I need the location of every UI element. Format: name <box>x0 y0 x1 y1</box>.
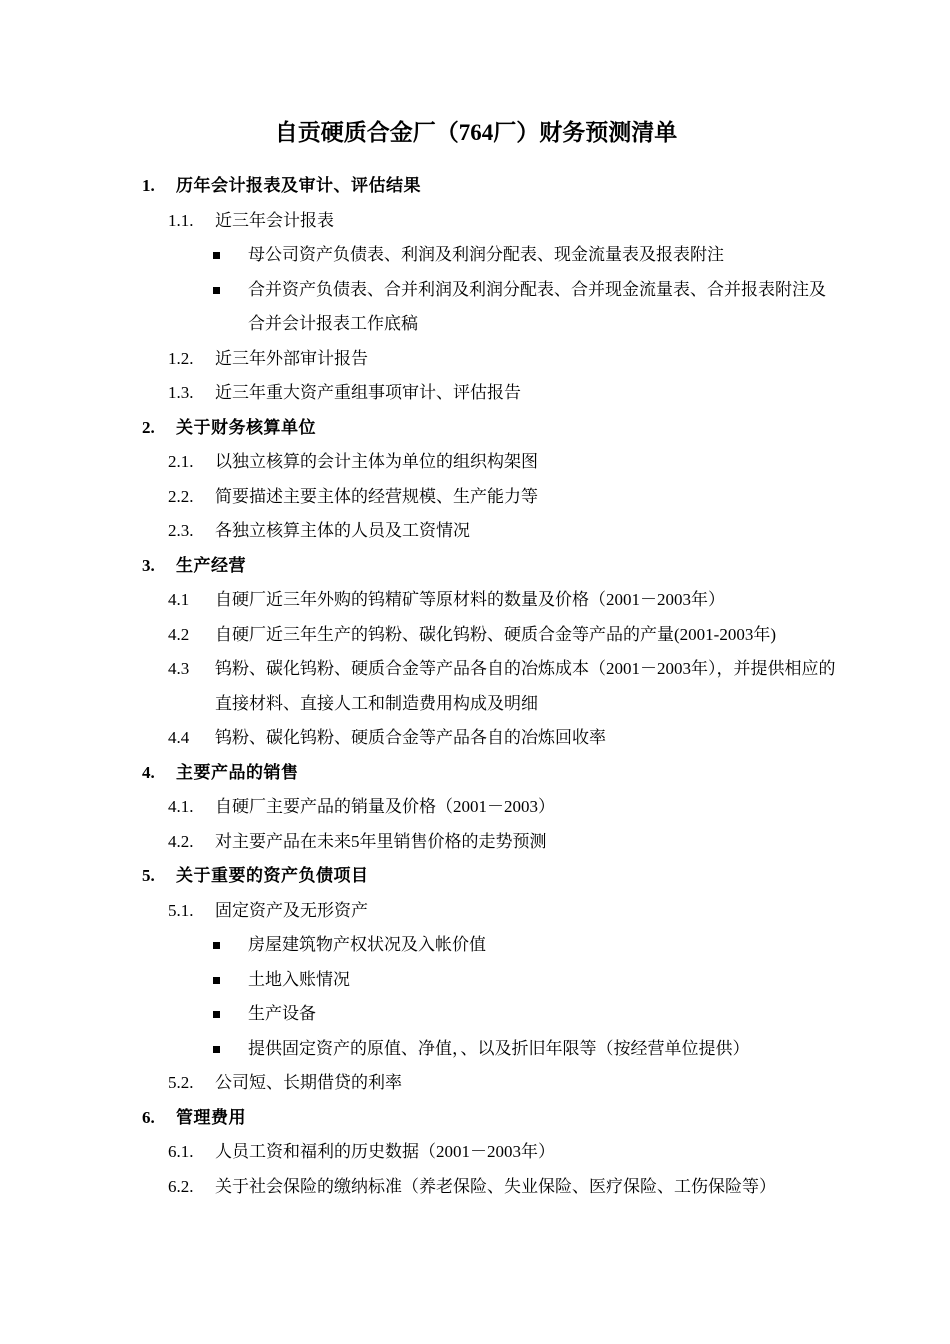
item-text: 简要描述主要主体的经营规模、生产能力等 <box>215 480 838 515</box>
item-number: 4.3 <box>168 652 215 687</box>
item-text: 对主要产品在未来5年里销售价格的走势预测 <box>215 825 838 860</box>
item-text: 关于社会保险的缴纳标准（养老保险、失业保险、医疗保险、工伤保险等） <box>215 1170 838 1205</box>
item-number: 2.2. <box>168 480 215 515</box>
section-heading-5: 5. 关于重要的资产负债项目 <box>142 859 838 894</box>
list-item: 1.1. 近三年会计报表 <box>142 204 838 239</box>
section-heading-1: 1. 历年会计报表及审计、评估结果 <box>142 169 838 204</box>
item-number: 6.2. <box>168 1170 215 1205</box>
list-item: 4.3 钨粉、碳化钨粉、硬质合金等产品各自的冶炼成本（2001－2003年），并… <box>142 652 838 721</box>
item-number: 5.1. <box>168 894 215 929</box>
section-title: 生产经营 <box>176 549 838 584</box>
item-number: 1.2. <box>168 342 215 377</box>
bullet-text: 房屋建筑物产权状况及入帐价值 <box>248 928 838 963</box>
section-heading-2: 2. 关于财务核算单位 <box>142 411 838 446</box>
list-item: 2.3. 各独立核算主体的人员及工资情况 <box>142 514 838 549</box>
bullet-square-icon <box>213 928 248 949</box>
list-item: 6.1. 人员工资和福利的历史数据（2001－2003年） <box>142 1135 838 1170</box>
item-text: 固定资产及无形资产 <box>215 894 838 929</box>
list-item: 1.2. 近三年外部审计报告 <box>142 342 838 377</box>
list-item: 4.2 自硬厂近三年生产的钨粉、碳化钨粉、硬质合金等产品的产量(2001-200… <box>142 618 838 653</box>
item-number: 5.2. <box>168 1066 215 1101</box>
section-title: 历年会计报表及审计、评估结果 <box>176 169 838 204</box>
section-title: 关于财务核算单位 <box>176 411 838 446</box>
item-number: 2.3. <box>168 514 215 549</box>
bullet-square-icon <box>213 1032 248 1053</box>
item-text: 钨粉、碳化钨粉、硬质合金等产品各自的冶炼回收率 <box>215 721 838 756</box>
list-item: 4.4 钨粉、碳化钨粉、硬质合金等产品各自的冶炼回收率 <box>142 721 838 756</box>
list-item: 4.2. 对主要产品在未来5年里销售价格的走势预测 <box>142 825 838 860</box>
item-text: 以独立核算的会计主体为单位的组织构架图 <box>215 445 838 480</box>
section-number: 6. <box>142 1101 176 1136</box>
bullet-square-icon <box>213 997 248 1018</box>
bullet-square-icon <box>213 963 248 984</box>
bullet-item: 提供固定资产的原值、净值，、以及折旧年限等（按经营单位提供） <box>142 1032 838 1067</box>
item-number: 1.1. <box>168 204 215 239</box>
item-number: 1.3. <box>168 376 215 411</box>
list-item: 5.2. 公司短、长期借贷的利率 <box>142 1066 838 1101</box>
section-heading-6: 6. 管理费用 <box>142 1101 838 1136</box>
list-item: 2.2. 简要描述主要主体的经营规模、生产能力等 <box>142 480 838 515</box>
list-item: 5.1. 固定资产及无形资产 <box>142 894 838 929</box>
section-number: 1. <box>142 169 176 204</box>
section-title: 关于重要的资产负债项目 <box>176 859 838 894</box>
item-text: 公司短、长期借贷的利率 <box>215 1066 838 1101</box>
item-text: 各独立核算主体的人员及工资情况 <box>215 514 838 549</box>
item-number: 4.4 <box>168 721 215 756</box>
section-number: 4. <box>142 756 176 791</box>
list-item: 2.1. 以独立核算的会计主体为单位的组织构架图 <box>142 445 838 480</box>
item-text: 近三年外部审计报告 <box>215 342 838 377</box>
item-number: 4.2. <box>168 825 215 860</box>
page-title: 自贡硬质合金厂（764厂）财务预测清单 <box>142 118 810 148</box>
section-heading-4: 4. 主要产品的销售 <box>142 756 838 791</box>
item-number: 6.1. <box>168 1135 215 1170</box>
document-page: 自贡硬质合金厂（764厂）财务预测清单 1. 历年会计报表及审计、评估结果 1.… <box>0 0 950 1344</box>
bullet-item: 合并资产负债表、合并利润及利润分配表、合并现金流量表、合并报表附注及合并会计报表… <box>142 273 838 342</box>
list-item: 6.2. 关于社会保险的缴纳标准（养老保险、失业保险、医疗保险、工伤保险等） <box>142 1170 838 1205</box>
list-item: 1.3. 近三年重大资产重组事项审计、评估报告 <box>142 376 838 411</box>
bullet-item: 母公司资产负债表、利润及利润分配表、现金流量表及报表附注 <box>142 238 838 273</box>
item-number: 2.1. <box>168 445 215 480</box>
item-text: 近三年会计报表 <box>215 204 838 239</box>
bullet-text: 提供固定资产的原值、净值，、以及折旧年限等（按经营单位提供） <box>248 1032 838 1067</box>
item-number: 4.2 <box>168 618 215 653</box>
item-text: 自硬厂近三年外购的钨精矿等原材料的数量及价格（2001－2003年） <box>215 583 838 618</box>
bullet-square-icon <box>213 238 248 259</box>
item-text: 人员工资和福利的历史数据（2001－2003年） <box>215 1135 838 1170</box>
item-number: 4.1. <box>168 790 215 825</box>
section-title: 管理费用 <box>176 1101 838 1136</box>
section-number: 5. <box>142 859 176 894</box>
bullet-square-icon <box>213 273 248 294</box>
item-text: 钨粉、碳化钨粉、硬质合金等产品各自的冶炼成本（2001－2003年），并提供相应… <box>215 652 838 721</box>
item-number: 4.1 <box>168 583 215 618</box>
item-text: 自硬厂近三年生产的钨粉、碳化钨粉、硬质合金等产品的产量(2001-2003年) <box>215 618 838 653</box>
bullet-text: 母公司资产负债表、利润及利润分配表、现金流量表及报表附注 <box>248 238 838 273</box>
bullet-text: 生产设备 <box>248 997 838 1032</box>
item-text: 自硬厂主要产品的销量及价格（2001－2003） <box>215 790 838 825</box>
bullet-item: 房屋建筑物产权状况及入帐价值 <box>142 928 838 963</box>
item-text: 近三年重大资产重组事项审计、评估报告 <box>215 376 838 411</box>
section-number: 2. <box>142 411 176 446</box>
bullet-text: 土地入账情况 <box>248 963 838 998</box>
list-item: 4.1 自硬厂近三年外购的钨精矿等原材料的数量及价格（2001－2003年） <box>142 583 838 618</box>
section-number: 3. <box>142 549 176 584</box>
list-item: 4.1. 自硬厂主要产品的销量及价格（2001－2003） <box>142 790 838 825</box>
bullet-item: 土地入账情况 <box>142 963 838 998</box>
section-heading-3: 3. 生产经营 <box>142 549 838 584</box>
section-title: 主要产品的销售 <box>176 756 838 791</box>
bullet-item: 生产设备 <box>142 997 838 1032</box>
bullet-text: 合并资产负债表、合并利润及利润分配表、合并现金流量表、合并报表附注及合并会计报表… <box>248 273 838 342</box>
